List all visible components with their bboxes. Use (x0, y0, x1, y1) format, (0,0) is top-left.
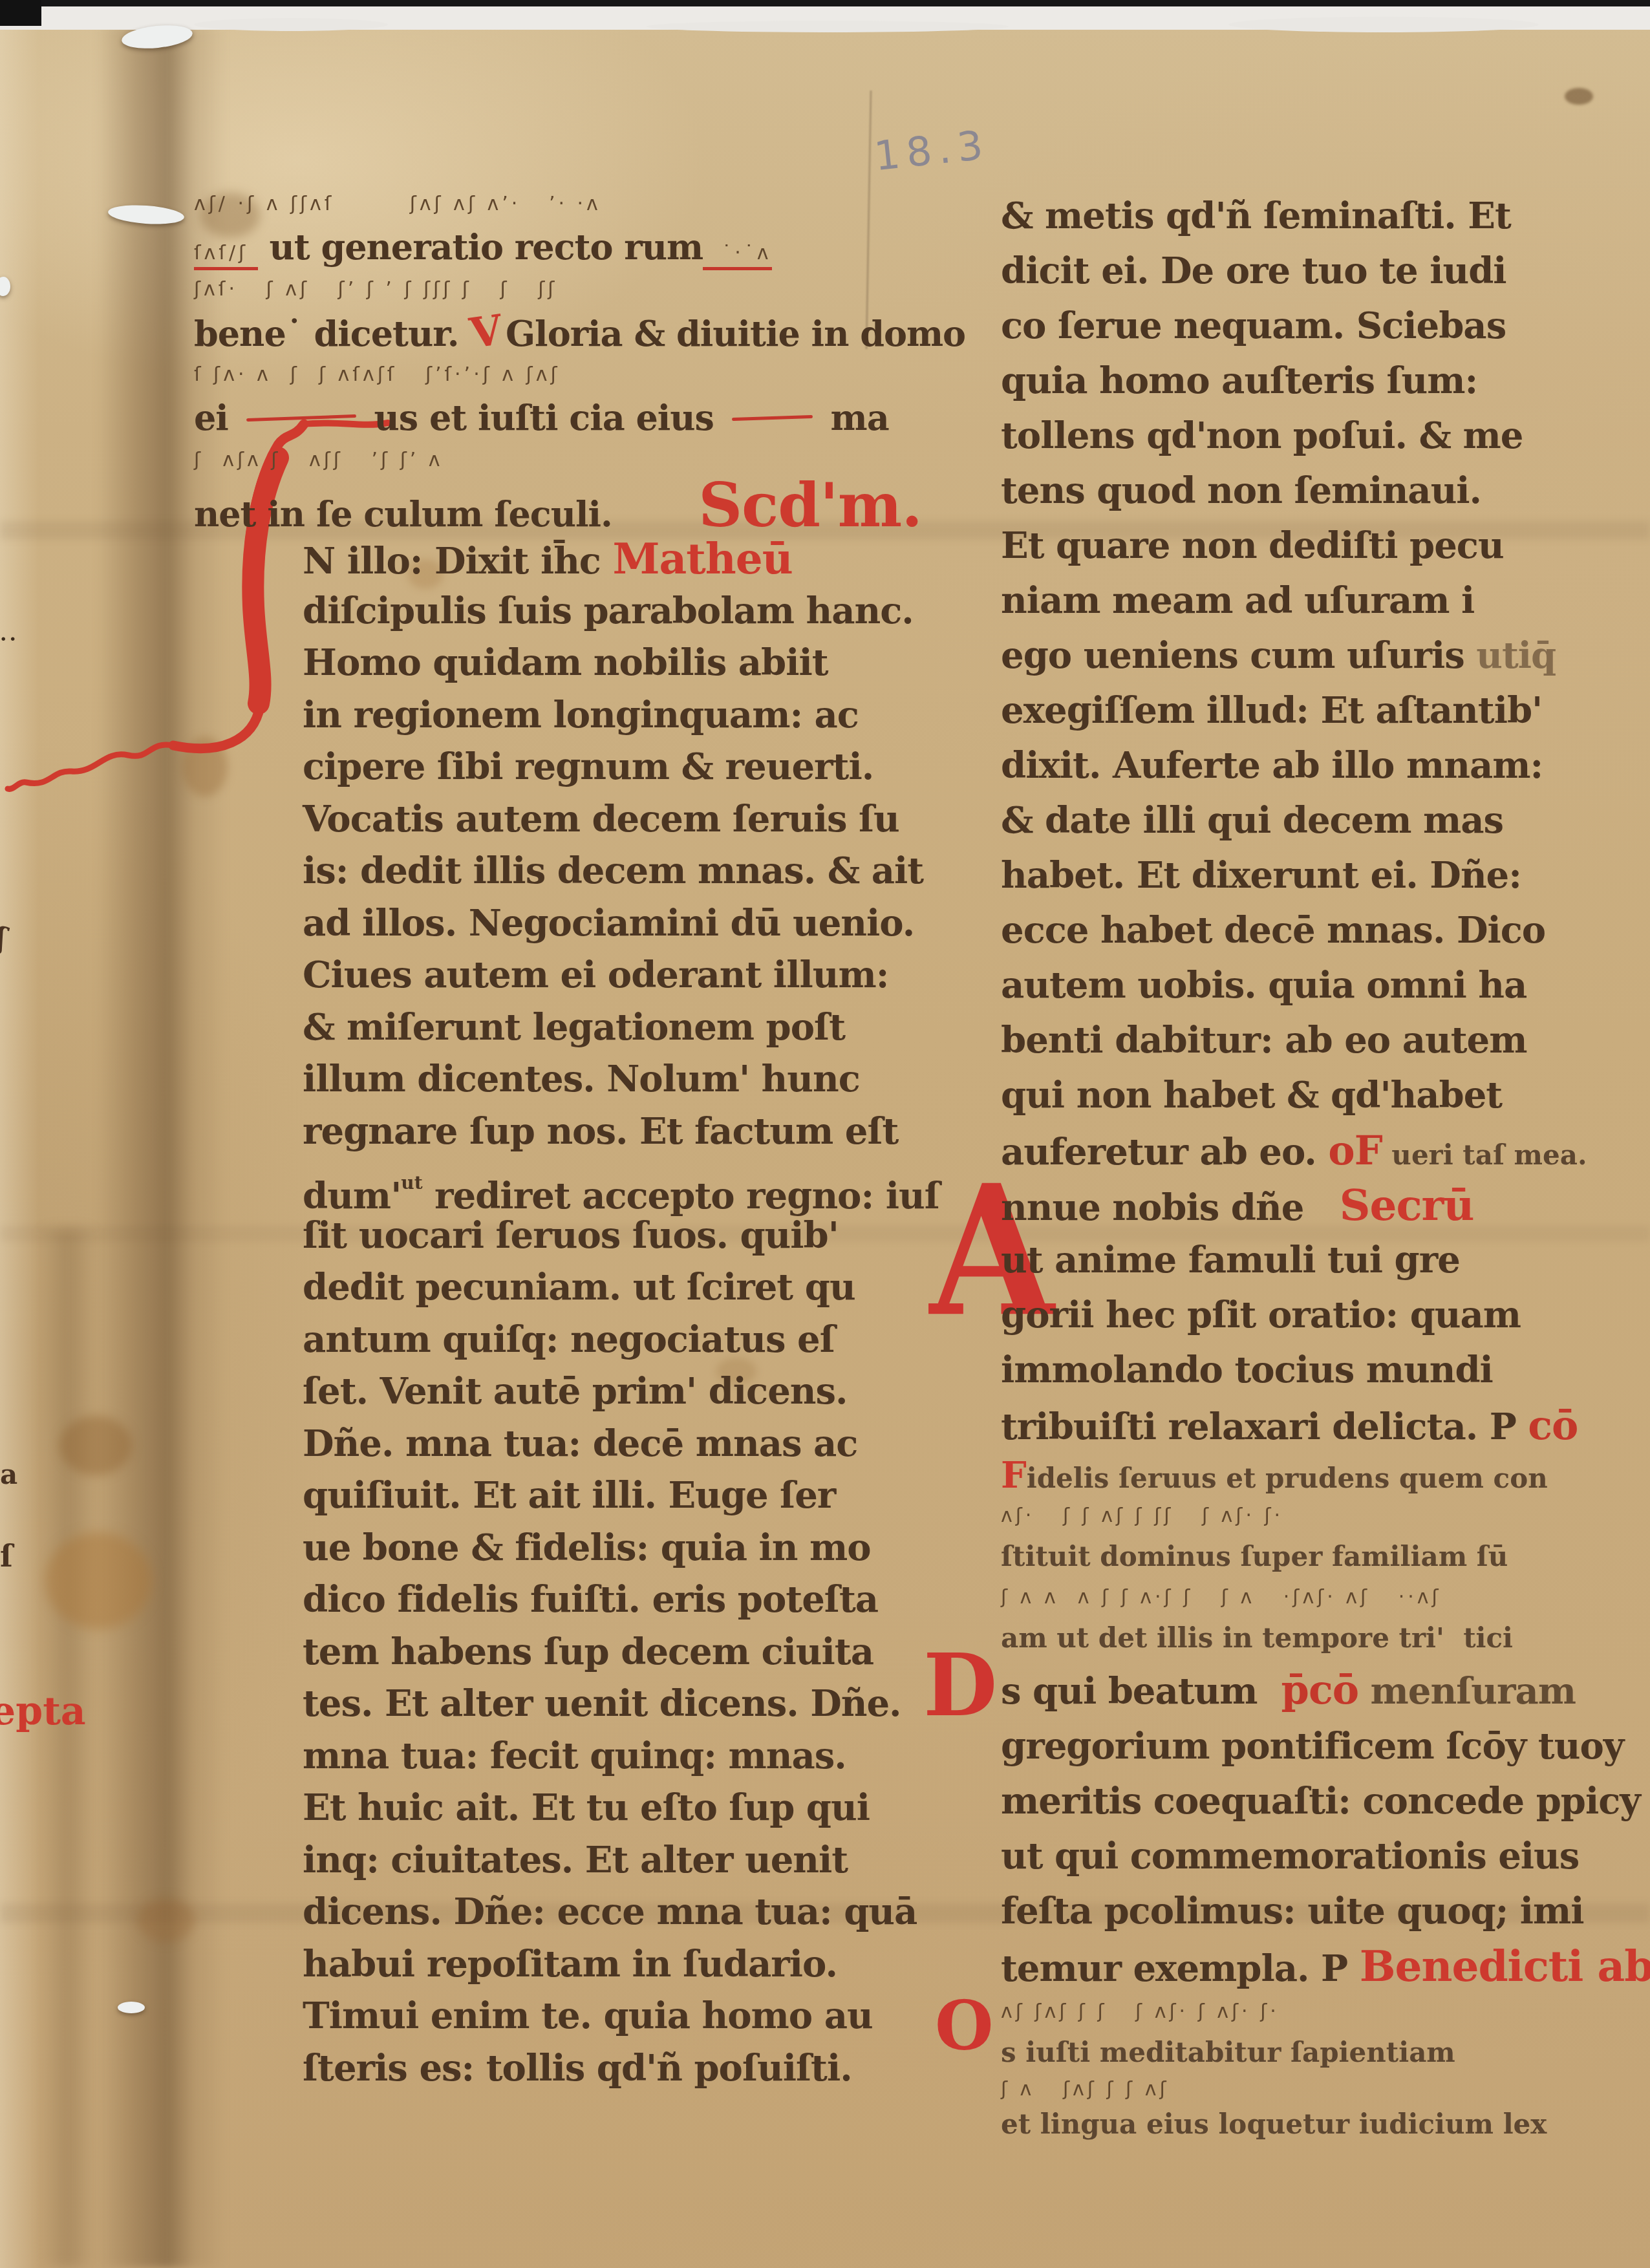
text-segment: qui non habet & qd'habet (1001, 1074, 1502, 1117)
text-segment: am ut det illis in tempore tri' tici (1001, 1622, 1513, 1654)
text-line: niam meam ad uſuram i (1001, 573, 1641, 628)
text-line: diſcipulis ſuis parabolam hanc. (194, 585, 931, 637)
neume-line: ʌʃ ʃʌʃ ʃ ʃ ʃ ʌʃ· ʃ ʌʃ· ʃ· (1001, 1994, 1641, 2030)
text-segment: dixit. Auferte ab illo mnam: (1001, 744, 1543, 787)
page-left-edge (0, 26, 39, 2268)
text-segment: mna tua: fecit quinq: mnas. (303, 1735, 846, 1777)
text-segment: ut (401, 1172, 422, 1193)
text-line: ue bone & fidelis: quia in mo (194, 1522, 931, 1574)
text-segment: tes. Et alter uenit dicens. Dñe. (303, 1682, 901, 1725)
text-line: feſta pcolimus: uite quoq; imi (1001, 1884, 1641, 1939)
stain (45, 1532, 152, 1629)
text-segment: & metis qd'ñ ſeminaſti. Et (1001, 195, 1511, 237)
text-line: dixit. Auferte ab illo mnam: (1001, 738, 1641, 793)
text-segment: ut generatio recto rum (258, 226, 703, 268)
text-segment: Vocatis autem decem ſeruis ſu (303, 798, 899, 840)
text-line: ſit uocari ſeruos ſuos. quib' (194, 1210, 931, 1262)
text-line: co ſerue nequam. Sciebas (1001, 299, 1641, 354)
red-initial-O: O (935, 1993, 994, 2060)
neume-line: ʃ ʌ ʌ ʌ ʃ ʃ ʌ·ʃ ʃ ʃ ʌ ·ʃʌʃ· ʌʃ ··ʌʃ (1001, 1579, 1641, 1616)
text-segment: Scd'm. (698, 478, 931, 533)
text-segment: ʃ ʌ ʌ ʌ ʃ ʃ ʌ·ʃ ʃ ʃ ʌ ·ʃʌʃ· ʌʃ ··ʌʃ (1001, 1586, 1442, 1609)
text-line: & date illi qui decem mas (1001, 793, 1641, 848)
text-line: qui non habet & qd'habet (1001, 1068, 1641, 1123)
stain (1565, 88, 1593, 105)
text-segment: ʃ ʌ ʃʌʃ ʃ ʃ ʌʃ (1001, 2078, 1169, 2101)
text-segment: ſteris es: tollis qd'ñ poſuiſti. (303, 2047, 852, 2090)
text-line: habet. Et dixerunt ei. Dñe: (1001, 848, 1641, 903)
text-line: ut anime famuli tui gre (1001, 1233, 1641, 1288)
text-segment: feſta pcolimus: uite quoq; imi (1001, 1890, 1584, 1932)
text-segment: tollens qd'non poſui. & me (1001, 414, 1523, 457)
text-line: Fidelis ſeruus et prudens quem con (1001, 1453, 1641, 1498)
text-line: s qui beatum p̄cō menſuram (1001, 1661, 1641, 1719)
text-segment: cō (1528, 1402, 1578, 1449)
text-line: Dñe. mna tua: decē mnas ac (194, 1418, 931, 1470)
text-line: mna tua: fecit quinq: mnas. (194, 1730, 931, 1782)
text-segment: p̄cō (1281, 1666, 1358, 1713)
manuscript-scan: { "page": { "description_title": "Latin … (0, 0, 1650, 2268)
text-line: am ut det illis in tempore tri' tici (1001, 1616, 1641, 1661)
text-line: meritis coequaſti: concede ppicy (1001, 1774, 1641, 1829)
red-initial-D: D (923, 1643, 997, 1729)
text-line: inq: ciuitates. Et alter uenit (194, 1834, 931, 1887)
text-segment: ſ ʃʌ· ʌ ʃ ʃ ʌſʌʃſ ʃʼſ·ʼ·ʃ ʌ ʃʌʃ (194, 363, 561, 386)
text-segment: meritis coequaſti: concede ppicy (1001, 1780, 1640, 1823)
neume-line: ſ ʃʌ· ʌ ʃ ʃ ʌſʌʃſ ʃʼſ·ʼ·ʃ ʌ ʃʌʃ (194, 357, 931, 393)
text-line: net in ſe culum ſeculi.Scd'm. (194, 478, 931, 533)
text-line: Homo quidam nobilis abiit (194, 637, 931, 689)
text-line: gorii hec pſit oratio: quam (1001, 1288, 1641, 1343)
text-segment: Et huic ait. Et tu eſto ſup qui (303, 1786, 870, 1829)
text-line: ego ueniens cum uſuris utiq̄ (1001, 628, 1641, 683)
text-segment: ma (819, 397, 889, 438)
parchment-slit (118, 2002, 145, 2013)
text-segment: ſtituit dominus ſuper familiam ſū (1001, 1541, 1508, 1572)
text-line: tens quod non ſeminaui. (1001, 464, 1641, 519)
text-segment (246, 414, 356, 422)
text-segment: ad illos. Negociamini dū uenio. (303, 902, 914, 945)
text-line: quia homo auſteris ſum: (1001, 354, 1641, 409)
text-segment: diſcipulis ſuis parabolam hanc. (303, 590, 914, 632)
text-segment (732, 415, 813, 421)
text-line: immolando tocius mundi (1001, 1343, 1641, 1398)
neume-line: ʌʃ∕ ·ʃ ʌ ʃʃʌſ ʃʌʃ ʌʃ ʌʼ· ʼ· ·ʌ (194, 186, 931, 222)
text-line: ſtituit dominus ſuper familiam ſū (1001, 1534, 1641, 1579)
text-segment: ˙·˙ʌ (703, 242, 771, 270)
scanner-black-corner (0, 0, 41, 26)
text-segment: inq: ciuitates. Et alter uenit (303, 1839, 848, 1881)
margin-letter-fragment: a (0, 1459, 17, 1490)
text-segment: ſet. Venit autē prim' dicens. (303, 1370, 848, 1413)
text-segment: & miſerunt legationem poſt (303, 1006, 845, 1049)
text-segment: auferetur ab eo. (1001, 1131, 1328, 1173)
text-line: temur exempla. P Benedicti abb̄ (1001, 1939, 1641, 1994)
text-segment: ut qui commemorationis eius (1001, 1835, 1579, 1878)
text-line: in regionem longinquam: ac (194, 689, 931, 742)
text-segment: s iuſti meditabitur ſapientiam (1001, 2037, 1455, 2068)
text-segment: ſit uocari ſeruos ſuos. quib' (303, 1214, 839, 1257)
text-line: tem habens ſup decem ciuita (194, 1626, 931, 1678)
text-segment: immolando tocius mundi (1001, 1349, 1493, 1391)
text-line: ſʌſ∕ʃ ut generatio recto rum ˙·˙ʌ (194, 222, 931, 272)
text-line: cipere ſibi regnum & reuerti. (194, 741, 931, 793)
margin-letter-fragment: ſ (0, 1539, 13, 1574)
text-segment: habui repoſitam in ſudario. (303, 1943, 837, 1985)
text-segment: ʃʌſ· ʃ ʌʃ ʃʼ ʃ ʼ ʃ ʃʃʃ ʃ ʃ ʃʃ (194, 278, 557, 301)
text-segment: dicens. Dñe: ecce mna tua: quā (303, 1890, 917, 1933)
text-segment: menſuram (1358, 1670, 1576, 1713)
text-segment: ue bone & fidelis: quia in mo (303, 1526, 871, 1569)
text-segment: temur exempla. P (1001, 1947, 1360, 1990)
text-segment: et lingua eius loquetur iudicium lex (1001, 2108, 1547, 2140)
text-segment: benti dabitur: ab eo autem (1001, 1019, 1527, 1062)
text-line: bene˙ dicetur. VGloria & diuitie in domo (194, 308, 931, 357)
text-line: auferetur ab eo. oF ueri taſ mea. (1001, 1123, 1641, 1178)
text-segment: ʃ ʌʃʌ ʃ ʌʃʃ ʼʃ ʃʼ ʌ (194, 449, 444, 471)
text-segment: Ciues autem ei oderant illum: (303, 954, 888, 996)
torn-top-edge (647, 21, 1009, 32)
text-segment: us et iuſti cia eius (363, 397, 725, 438)
torn-top-edge (194, 18, 388, 31)
text-segment: dedit pecuniam. ut ſciret qu (303, 1266, 855, 1309)
text-segment: autem uobis. quia omni ha (1001, 964, 1527, 1007)
text-segment: dico fidelis fuiſti. eris poteſta (303, 1578, 878, 1621)
text-segment: regnare ſup nos. Et factum eſt (303, 1110, 898, 1153)
neume-line: ʃ ʌ ʃʌʃ ʃ ʃ ʌʃ (1001, 2075, 1641, 2104)
text-line: Vocatis autem decem ſeruis ſu (194, 793, 931, 846)
text-segment: co ſerue nequam. Sciebas (1001, 305, 1506, 347)
text-segment: ut anime famuli tui gre (1001, 1239, 1460, 1281)
text-segment: cipere ſibi regnum & reuerti. (303, 745, 873, 788)
text-segment: nnue nobis dñe (1001, 1186, 1340, 1229)
text-line: dico fidelis fuiſti. eris poteſta (194, 1574, 931, 1626)
text-line: regnare ſup nos. Et factum eſt (194, 1106, 931, 1158)
text-segment: Timui enim te. quia homo au (303, 1995, 873, 2037)
text-segment: F (1001, 1454, 1027, 1497)
text-line: Ciues autem ei oderant illum: (194, 949, 931, 1001)
text-line: tes. Et alter uenit dicens. Dñe. (194, 1678, 931, 1730)
margin-red-fragment: epta (0, 1689, 86, 1734)
text-segment: Et quare non dediſti pecu (1001, 524, 1504, 567)
text-line: benti dabitur: ab eo autem (1001, 1013, 1641, 1068)
text-line: Et huic ait. Et tu eſto ſup qui (194, 1782, 931, 1834)
text-line: Et quare non dediſti pecu (1001, 519, 1641, 573)
scanner-black-edge (0, 0, 1650, 6)
text-line: habui repoſitam in ſudario. (194, 1938, 931, 1991)
text-line: et lingua eius loquetur iudicium lex (1001, 2104, 1641, 2145)
text-line: illum dicentes. Nolum' hunc (194, 1053, 931, 1106)
text-segment: ʌʃ ʃʌʃ ʃ ʃ ʃ ʌʃ· ʃ ʌʃ· ʃ· (1001, 2000, 1280, 2023)
text-line: gregorium pontificem ſcōy tuoy (1001, 1719, 1641, 1774)
text-line: tollens qd'non poſui. & me (1001, 409, 1641, 464)
text-segment: ueri taſ mea. (1382, 1139, 1587, 1171)
binding-gutter-shadow-lower (39, 1228, 97, 2268)
text-segment: gregorium pontificem ſcōy tuoy (1001, 1725, 1623, 1768)
text-segment: tens quod non ſeminaui. (1001, 469, 1481, 512)
text-segment: N illo: Dixit ih̄c (303, 540, 612, 583)
text-line: dum'ut rediret accepto regno: iuſ (194, 1157, 931, 1210)
text-line: tribuiſti relaxari delicta. P cō (1001, 1398, 1641, 1453)
torn-top-edge (1228, 17, 1539, 32)
text-segment: s qui beatum (1001, 1670, 1281, 1713)
text-segment: illum dicentes. Nolum' hunc (303, 1058, 860, 1100)
text-line: s iuſti meditabitur ſapientiam (1001, 2030, 1641, 2075)
text-line: quiſiuit. Et ait illi. Euge ſer (194, 1470, 931, 1522)
text-segment: ei (194, 397, 240, 438)
text-segment: gorii hec pſit oratio: quam (1001, 1294, 1521, 1336)
text-line: ſet. Venit autē prim' dicens. (194, 1365, 931, 1418)
text-segment: tem habens ſup decem ciuita (303, 1631, 873, 1673)
text-line: ut qui commemorationis eius (1001, 1829, 1641, 1884)
text-segment: Benedicti abb̄ (1360, 1941, 1650, 1991)
stain (137, 1898, 195, 1942)
text-segment: quiſiuit. Et ait illi. Euge ſer (303, 1474, 835, 1517)
text-segment: ʌʃ· ʃ ʃ ʌʃ ʃ ʃʃ ʃ ʌʃ· ʃ· (1001, 1504, 1283, 1527)
text-line: exegiſſem illud: Et aſtantib' (1001, 683, 1641, 738)
text-line: dicens. Dñe: ecce mna tua: quā (194, 1886, 931, 1938)
text-segment: utiq̄ (1476, 634, 1556, 677)
text-segment: antum quiſq: negociatus eſ (303, 1318, 835, 1361)
text-segment: Homo quidam nobilis abiit (303, 641, 828, 684)
text-segment: bene˙ dicetur. (194, 313, 470, 354)
text-segment: Matheū (612, 533, 792, 584)
text-segment: quia homo auſteris ſum: (1001, 359, 1477, 402)
neume-line: ʃʌſ· ʃ ʌʃ ʃʼ ʃ ʼ ʃ ʃʃʃ ʃ ʃ ʃʃ (194, 272, 931, 308)
left-text-column: ʌʃ∕ ·ʃ ʌ ʃʃʌſ ʃʌʃ ʌʃ ʌʼ· ʼ· ·ʌſʌſ∕ʃ ut g… (194, 186, 931, 2094)
text-line: nnue nobis dñe Secrū (1001, 1178, 1641, 1233)
text-segment: V (467, 306, 505, 359)
text-segment: Secrū (1340, 1180, 1474, 1230)
text-line: N illo: Dixit ih̄c Matheū (194, 533, 931, 585)
text-line: dicit ei. De ore tuo te iudi (1001, 244, 1641, 299)
text-segment: niam meam ad uſuram i (1001, 579, 1474, 622)
text-line: dedit pecuniam. ut ſciret qu (194, 1261, 931, 1314)
text-line: autem uobis. quia omni ha (1001, 958, 1641, 1013)
text-line: antum quiſq: negociatus eſ (194, 1314, 931, 1366)
text-segment: tribuiſti relaxari delicta. P (1001, 1406, 1528, 1448)
text-line: ſteris es: tollis qd'ñ poſuiſti. (194, 2042, 931, 2095)
text-segment: oF (1328, 1127, 1382, 1174)
text-segment: ſʌſ∕ʃ (194, 242, 258, 270)
text-segment: Gloria & diuitie in domo (506, 313, 965, 354)
right-text-column: & metis qd'ñ ſeminaſti. Etdicit ei. De o… (1001, 189, 1641, 2145)
text-segment: & date illi qui decem mas (1001, 799, 1503, 842)
text-line: & miſerunt legationem poſt (194, 1001, 931, 1054)
text-segment: dicit ei. De ore tuo te iudi (1001, 250, 1506, 292)
text-line: ad illos. Negociamini dū uenio. (194, 897, 931, 950)
text-line: is: dedit illis decem mnas. & ait (194, 845, 931, 897)
text-segment: ecce habet decē mnas. Dico (1001, 909, 1545, 952)
text-line: & metis qd'ñ ſeminaſti. Et (1001, 189, 1641, 244)
text-segment: habet. Et dixerunt ei. Dñe: (1001, 854, 1521, 897)
text-line: Timui enim te. quia homo au (194, 1990, 931, 2042)
text-segment: idelis ſeruus et prudens quem con (1027, 1462, 1548, 1494)
text-line: ei us et iuſti cia eius ma (194, 393, 931, 442)
text-line: ecce habet decē mnas. Dico (1001, 903, 1641, 958)
stain (59, 1416, 132, 1475)
neume-line: ʌʃ· ʃ ʃ ʌʃ ʃ ʃʃ ʃ ʌʃ· ʃ· (1001, 1498, 1641, 1534)
text-segment: Dñe. mna tua: decē mnas ac (303, 1422, 857, 1465)
text-segment: exegiſſem illud: Et aſtantib' (1001, 689, 1542, 732)
text-segment: ego ueniens cum uſuris (1001, 634, 1476, 677)
text-segment: is: dedit illis decem mnas. & ait (303, 850, 923, 892)
text-segment: ʌʃ∕ ·ʃ ʌ ʃʃʌſ ʃʌʃ ʌʃ ʌʼ· ʼ· ·ʌ (194, 193, 601, 215)
text-segment: in regionem longinquam: ac (303, 694, 859, 736)
